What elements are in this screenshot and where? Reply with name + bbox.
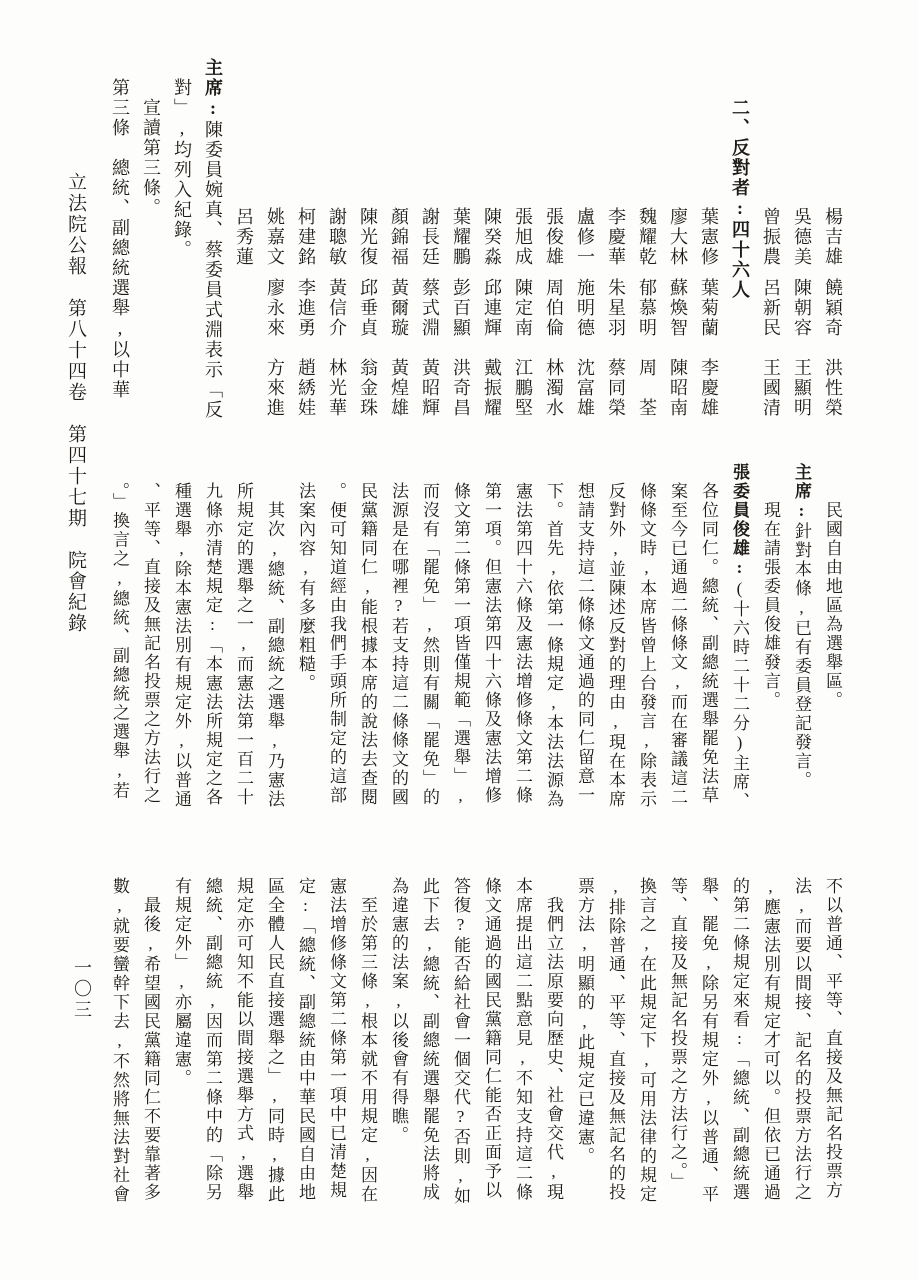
text-column: 第一項。但憲法第四十六條及憲法增修 [476,463,507,809]
legislator-name: 方來進 [259,358,290,418]
legislator-name: 周伯倫 [538,278,569,338]
legislator-name: 蔡式淵 [414,278,445,338]
name-list-column: 呂秀蓮 [228,58,259,420]
legislator-name: 翁金珠 [352,358,383,418]
legislator-name: 柯建銘 [290,207,321,267]
text-column: 九條亦清楚規定:「本憲法所規定之各 [197,463,228,809]
text-column: 為違憲的法案,以後會有得瞧。 [383,877,414,1223]
legislator-name: 顏錦福 [383,207,414,267]
text-column: 有規定外」,亦屬違憲。 [166,877,197,1223]
legislator-name: 戴振耀 [476,358,507,418]
legislator-name: 姚嘉文 [259,207,290,267]
text-column: 各位同仁。總統、副總統選舉罷免法草 [693,463,724,809]
legislator-name: 楊吉雄 [817,207,848,267]
legislator-name: 邱垂貞 [352,278,383,338]
text-column: 種選舉,除本憲法別有規定外,以普通 [166,463,197,809]
text-column: 本席提出這二點意見,不知支持這二條 [507,877,538,1223]
text-column: 條條文時,本席皆曾上台發言,除表示 [631,463,662,809]
name-list-column: 謝長廷蔡式淵黃昭輝 [414,58,445,420]
text-column: 等、直接及無記名投票之方法行之。」 [662,877,693,1223]
speaker-column: 張委員俊雄:(十六時二十二分)主席、 [724,463,755,809]
name-list-column: 陳光復邱垂貞翁金珠 [352,58,383,420]
name-list-column: 張旭成陳定南江鵬堅 [507,58,538,420]
name-list-column: 盧修一施明德沈富雄 [569,58,600,420]
legislator-name: 蔡同榮 [600,358,631,418]
legislator-name: 廖大林 [662,207,693,267]
text-column: 。」換言之,總統、副總統之選舉,若 [104,463,135,809]
text-column: 總統、副總統,因而第二條中的「除另 [197,877,228,1223]
name-list-column: 吳德美陳朝容王顯明 [786,58,817,420]
text-column: 最後,希望國民黨籍同仁不要靠著多 [135,877,166,1223]
text-column: 條文第二條第一項皆僅規範「選舉」, [445,463,476,809]
legislator-name: 葉憲修 [693,207,724,267]
text-column: 民黨籍同仁,能根據本席的說法去查閱 [352,463,383,809]
legislator-name: 謝長廷 [414,207,445,267]
text-column: 憲法第四十六條及憲法增修條文第二條 [507,463,538,809]
text-column: 規定亦可知不能以間接選舉方式,選舉 [228,877,259,1223]
page-number: 一〇三 [70,958,94,1021]
name-list-column: 楊吉雄饒穎奇洪性榮 [817,58,848,420]
text-column: 案至今已通過二條條文,而在審議這二 [662,463,693,809]
legislator-name: 盧修一 [569,207,600,267]
legislator-name: 魏耀乾 [631,207,662,267]
text-column: 現在請張委員俊雄發言。 [755,463,786,809]
text-column: 反對外,並陳述反對的理由,現在本席 [600,463,631,809]
text-column: 想請支持這二條條文通過的同仁留意一 [569,463,600,809]
legislator-name: 江鵬堅 [507,358,538,418]
text-column: 法,而要以間接、記名的投票方法行之 [786,877,817,1223]
name-list-column: 葉耀鵬彭百顯洪奇昌 [445,58,476,420]
legislator-name: 曾振農 [755,207,786,267]
legislator-name: 葉菊蘭 [693,278,724,338]
name-list-column: 葉憲修葉菊蘭李慶雄 [693,58,724,420]
legislator-name: 黃信介 [321,278,352,338]
legislator-name: 林濁水 [538,358,569,418]
text-column: 舉、罷免,除另有規定外,以普通、平 [693,877,724,1223]
text-column: 換言之,在此規定下,可用法律的規定 [631,877,662,1223]
legislator-name: 張俊雄 [538,207,569,267]
register-middle: 民國自由地區為選舉區。主席:針對本條,已有委員登記發言。現在請張委員俊雄發言。張… [104,463,848,809]
legislator-name: 郁慕明 [631,278,662,338]
text-column: 數,就要蠻幹下去,不然將無法對社會 [104,877,135,1223]
legislator-name: 周 荃 [631,358,662,418]
speaker-column: 主席:陳委員婉真、蔡委員式淵表示「反 [197,58,228,420]
text-column: 民國自由地區為選舉區。 [817,463,848,809]
text-column: 我們立法原要向歷史、社會交代,現 [538,877,569,1223]
text-column: 不以普通、平等、直接及無記名投票方 [817,877,848,1223]
gazette-edition-header: 立法院公報 第八十四卷 第四十七期 院會紀錄 [62,172,88,634]
name-list-column: 顏錦福黃爾璇黃煌雄 [383,58,414,420]
text-column: 定:「總統、副總統由中華民國自由地 [290,877,321,1223]
name-list-column: 姚嘉文廖永來方來進 [259,58,290,420]
legislator-name: 趙綉娃 [290,358,321,418]
legislator-name: 葉耀鵬 [445,207,476,267]
text-column: 憲法增修條文第二條第一項中已清楚規 [321,877,352,1223]
legislator-name: 廖永來 [259,278,290,338]
text-column: 區全體人民直接選舉之」,同時,據此 [259,877,290,1223]
legislator-name: 邱連輝 [476,278,507,338]
name-list-column: 魏耀乾郁慕明周 荃 [631,58,662,420]
text-column: 。便可知道經由我們手頭所制定的這部 [321,463,352,809]
legislator-name: 王顯明 [786,358,817,418]
legislator-name: 陳癸淼 [476,207,507,267]
text-column: ,排除普通、平等、直接及無記名的投 [600,877,631,1223]
legislator-name: 呂秀蓮 [228,207,259,267]
text-column: 下。首先,依第一條規定,本法法源為 [538,463,569,809]
legislator-name: 李進勇 [290,278,321,338]
legislator-name: 黃爾璇 [383,278,414,338]
legislator-name: 陳昭南 [662,358,693,418]
text-column: 此下去,總統、副總統選舉罷免法將成 [414,877,445,1223]
legislator-name: 李慶雄 [693,358,724,418]
text-column: 票方法,明顯的,此規定已違憲。 [569,877,600,1223]
text-column: 其次,總統、副總統之選舉,乃憲法 [259,463,290,809]
text-column: 對」,均列入紀錄。 [166,58,197,420]
legislator-name: 施明德 [569,278,600,338]
legislator-name: 李慶華 [600,207,631,267]
text-column: 的第二條規定來看:「總統、副總統選 [724,877,755,1223]
text-column: 至於第三條,根本就不用規定,因在 [352,877,383,1223]
name-list-column: 張俊雄周伯倫林濁水 [538,58,569,420]
name-list-column: 陳癸淼邱連輝戴振耀 [476,58,507,420]
text-column: 、平等、直接及無記名投票之方法行之 [135,463,166,809]
legislator-name: 呂新民 [755,278,786,338]
text-column: ,應憲法別有規定才可以。但依已通過 [755,877,786,1223]
legislator-name: 林光華 [321,358,352,418]
legislator-name: 黃昭輝 [414,358,445,418]
legislator-name: 彭百顯 [445,278,476,338]
text-column: 條文通過的國民黨籍同仁能否正面予以 [476,877,507,1223]
name-list-column: 柯建銘李進勇趙綉娃 [290,58,321,420]
legislator-name: 饒穎奇 [817,278,848,338]
text-column: 宣讀第三條。 [135,58,166,420]
register-upper: 楊吉雄饒穎奇洪性榮吳德美陳朝容王顯明曾振農呂新民王國清二、反對者:四十六人葉憲修… [104,58,848,420]
register-lower: 不以普通、平等、直接及無記名投票方法,而要以間接、記名的投票方法行之,應憲法別有… [104,877,848,1223]
text-column: 答復?能否給社會一個交代?否則,如 [445,877,476,1223]
legislator-name: 黃煌雄 [383,358,414,418]
legislator-name: 王國清 [755,358,786,418]
text-column: 而沒有「罷免」,然則有關「罷免」的 [414,463,445,809]
gazette-scanned-page: 立法院公報 第八十四卷 第四十七期 院會紀錄 一〇三 楊吉雄饒穎奇洪性榮吳德美陳… [0,0,918,1280]
legislator-name: 洪奇昌 [445,358,476,418]
name-list-column: 廖大林蘇煥智陳昭南 [662,58,693,420]
text-column: 所規定的選舉之一,而憲法第一百二十 [228,463,259,809]
legislator-name: 陳光復 [352,207,383,267]
legislator-name: 洪性榮 [817,358,848,418]
text-column: 第三條 總統、副總統選舉,以中華 [104,58,135,420]
name-list-column: 曾振農呂新民王國清 [755,58,786,420]
legislator-name: 謝聰敏 [321,207,352,267]
text-column: 法源是在哪裡?若支持這二條條文的國 [383,463,414,809]
text-column: 法案內容,有多麼粗糙。 [290,463,321,809]
legislator-name: 陳朝容 [786,278,817,338]
legislator-name: 沈富雄 [569,358,600,418]
section-header-column: 二、反對者:四十六人 [724,58,755,420]
name-list-column: 李慶華朱星羽蔡同榮 [600,58,631,420]
name-list-column: 謝聰敏黃信介林光華 [321,58,352,420]
legislator-name: 張旭成 [507,207,538,267]
speaker-column: 主席:針對本條,已有委員登記發言。 [786,463,817,809]
legislator-name: 蘇煥智 [662,278,693,338]
legislator-name: 朱星羽 [600,278,631,338]
legislator-name: 吳德美 [786,207,817,267]
legislator-name: 陳定南 [507,278,538,338]
